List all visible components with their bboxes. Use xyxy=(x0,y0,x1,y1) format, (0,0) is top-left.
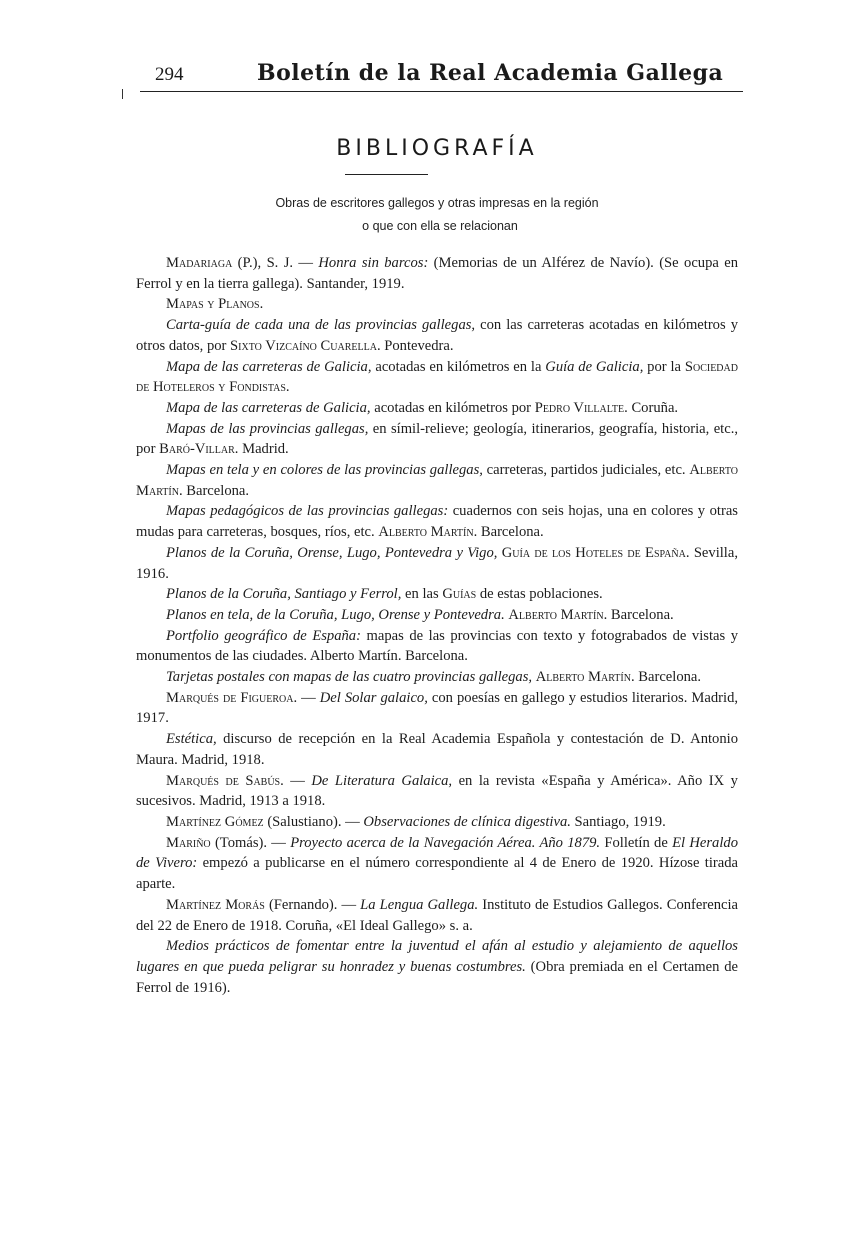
bibliography-entry: Mariño (Tomás). — Proyecto acerca de la … xyxy=(136,833,738,895)
entry-author: Marqués de Figueroa. xyxy=(166,690,297,706)
entry-title: Mapa de las carreteras de Galicia, xyxy=(166,359,372,375)
entry-separator: — xyxy=(342,814,364,830)
entry-author: Marqués de Sabús. xyxy=(166,773,284,789)
entry-details: discurso de recepción en la Real Academi… xyxy=(136,731,738,768)
entry-title: Planos en tela, de la Coruña, Lugo, Oren… xyxy=(166,607,505,623)
entry-title: Tarjetas postales con mapas de las cuatr… xyxy=(166,669,532,685)
entry-details: . Barcelona. xyxy=(631,669,701,685)
entry-separator: — xyxy=(337,897,360,913)
running-header: 294 Boletín de la Real Academia Gallega xyxy=(155,58,745,88)
bibliography-entry: Mapa de las carreteras de Galicia, acota… xyxy=(136,357,738,398)
entry-separator: — xyxy=(284,773,312,789)
title-rule xyxy=(345,174,428,175)
entry-author-given: (Fernando). xyxy=(265,897,338,913)
section-subtitle-line2: o que con ella se relacionan xyxy=(15,219,850,233)
entry-author: Martínez Gómez xyxy=(166,814,264,830)
entry-details: . Madrid. xyxy=(235,441,289,457)
subsection-heading: Mapas y Planos. xyxy=(166,296,263,312)
section-title: BIBLIOGRAFÍA xyxy=(0,136,850,161)
bibliography-entry: Mapas en tela y en colores de las provin… xyxy=(136,460,738,501)
entry-details: Folletín de xyxy=(600,835,672,851)
entry-title: Mapas en tela y en colores de las provin… xyxy=(166,462,483,478)
entry-title: Mapas pedagógicos de las provincias gall… xyxy=(166,503,448,519)
entry-separator: — xyxy=(267,835,290,851)
entry-details: de estas poblaciones. xyxy=(476,586,602,602)
bibliography-entry: Tarjetas postales con mapas de las cuatr… xyxy=(136,667,738,688)
entry-author: Alberto Martín xyxy=(536,669,631,685)
entry-author: Madariaga (P.), S. J. xyxy=(166,255,293,271)
bibliography-entry: Planos de la Coruña, Orense, Lugo, Ponte… xyxy=(136,543,738,584)
entry-author: Sixto Vizcaíno Cuarella xyxy=(230,338,377,354)
entry-author: Guías xyxy=(442,586,476,602)
bibliography-entry: Estética, discurso de recepción en la Re… xyxy=(136,729,738,770)
bibliography-entry: Mapas pedagógicos de las provincias gall… xyxy=(136,501,738,542)
entry-title: Estética, xyxy=(166,731,217,747)
bibliography-entry: Madariaga (P.), S. J. — Honra sin barcos… xyxy=(136,253,738,294)
bibliography-entry: Martínez Morás (Fernando). — La Lengua G… xyxy=(136,895,738,936)
entry-details: acotadas en kilómetros en la xyxy=(372,359,546,375)
entry-details: empezó a publicarse en el número corresp… xyxy=(136,855,738,892)
entry-title: Planos de la Coruña, Santiago y Ferrol, xyxy=(166,586,401,602)
entry-title: Carta-guía de cada una de las provincias… xyxy=(166,317,475,333)
margin-mark xyxy=(122,89,123,99)
entry-details: . Barcelona. xyxy=(179,483,249,499)
entry-title: De Literatura Galaica, xyxy=(311,773,452,789)
entry-author-given: (Salustiano). xyxy=(264,814,342,830)
entry-author-given: (Tomás). xyxy=(211,835,267,851)
entry-separator: — xyxy=(293,255,318,271)
section-subtitle-line1: Obras de escritores gallegos y otras imp… xyxy=(12,196,850,210)
entry-title: Proyecto acerca de la Navegación Aérea. … xyxy=(290,835,600,851)
entry-title: Mapa de las carreteras de Galicia, xyxy=(166,400,371,416)
entry-author: Alberto Martín xyxy=(378,524,473,540)
entry-title: Portfolio geográfico de España: xyxy=(166,628,361,644)
entry-author: Guía de los Hoteles de España xyxy=(502,545,686,561)
document-page: 294 Boletín de la Real Academia Gallega … xyxy=(0,0,850,1248)
entry-details: por la xyxy=(643,359,685,375)
bibliography-entry: Planos en tela, de la Coruña, Lugo, Oren… xyxy=(136,605,738,626)
bibliography-heading: Mapas y Planos. xyxy=(136,294,738,315)
entry-details: Santiago, 1919. xyxy=(571,814,666,830)
entry-details: en las xyxy=(401,586,442,602)
entry-author: Martínez Morás xyxy=(166,897,265,913)
entry-details: . Barcelona. xyxy=(474,524,544,540)
header-rule xyxy=(140,91,743,92)
section-title-text: BIBLIOGRAFÍA xyxy=(336,136,537,161)
entry-title: Guía de Galicia, xyxy=(545,359,643,375)
bibliography-entry: Portfolio geográfico de España: mapas de… xyxy=(136,626,738,667)
bibliography-entry: Planos de la Coruña, Santiago y Ferrol, … xyxy=(136,584,738,605)
bibliography-list: Madariaga (P.), S. J. — Honra sin barcos… xyxy=(136,253,738,998)
entry-author: Baró-Villar xyxy=(159,441,235,457)
bibliography-entry: Medios prácticos de fomentar entre la ju… xyxy=(136,936,738,998)
bibliography-entry: Marqués de Figueroa. — Del Solar galaico… xyxy=(136,688,738,729)
entry-title: La Lengua Gallega. xyxy=(360,897,478,913)
entry-separator: — xyxy=(297,690,320,706)
entry-title: Mapas de las provincias gallegas, xyxy=(166,421,368,437)
entry-details: . Barcelona. xyxy=(604,607,674,623)
bibliography-entry: Mapa de las carreteras de Galicia, acota… xyxy=(136,398,738,419)
page-number: 294 xyxy=(155,64,184,86)
entry-title: Observaciones de clínica digestiva. xyxy=(363,814,571,830)
bibliography-entry: Carta-guía de cada una de las provincias… xyxy=(136,315,738,356)
entry-details: . Pontevedra. xyxy=(377,338,454,354)
entry-author: Alberto Martín xyxy=(508,607,603,623)
journal-title: Boletín de la Real Academia Gallega xyxy=(257,60,723,86)
bibliography-entry: Martínez Gómez (Salustiano). — Observaci… xyxy=(136,812,738,833)
entry-details: acotadas en kilómetros por xyxy=(371,400,535,416)
entry-author: Mariño xyxy=(166,835,211,851)
bibliography-entry: Marqués de Sabús. — De Literatura Galaic… xyxy=(136,771,738,812)
entry-title: Honra sin barcos: xyxy=(318,255,428,271)
entry-details: . xyxy=(286,379,290,395)
entry-author: Pedro Villalte xyxy=(535,400,624,416)
entry-title: Del Solar galaico, xyxy=(320,690,428,706)
entry-details: . Coruña. xyxy=(624,400,678,416)
entry-details: carreteras, partidos judiciales, etc. xyxy=(483,462,689,478)
entry-title: Planos de la Coruña, Orense, Lugo, Ponte… xyxy=(166,545,497,561)
bibliography-entry: Mapas de las provincias gallegas, en sím… xyxy=(136,419,738,460)
